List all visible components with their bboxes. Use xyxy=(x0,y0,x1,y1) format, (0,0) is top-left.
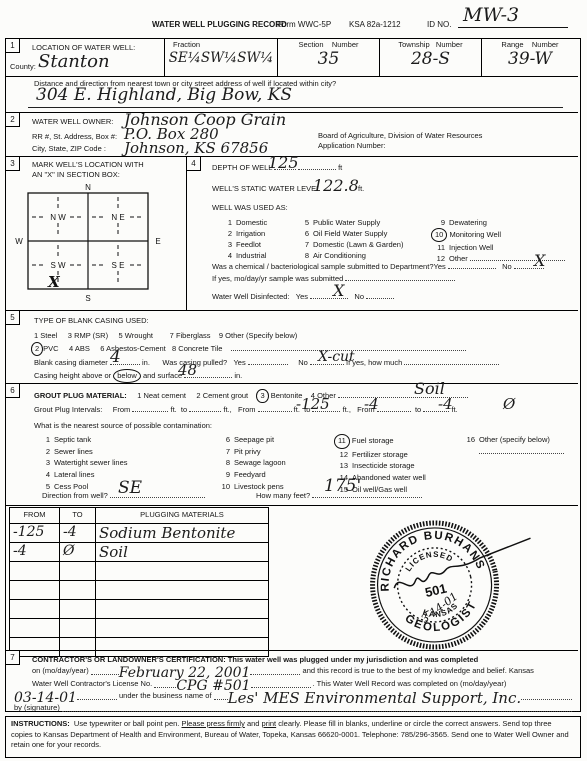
section3-mark-location: 3 MARK WELL'S LOCATION WITH AN "X" IN SE… xyxy=(6,157,187,310)
quadrant-se-label: S E xyxy=(112,261,125,270)
used-as-col2: 5Public Water Supply 6Oil Field Water Su… xyxy=(301,217,403,261)
casing-diameter-line: Blank casing diameter in. Was casing pul… xyxy=(34,357,499,368)
from-header: FROM xyxy=(10,508,60,523)
grout-intervals-line: Grout Plug Intervals: From ft. to ft., F… xyxy=(34,404,458,415)
owner-label: WATER WELL OWNER: xyxy=(32,117,113,126)
section7-certification: 7 CONTRACTOR'S OR LANDOWNER'S CERTIFICAT… xyxy=(6,651,578,712)
section4-number-box: 4 xyxy=(187,157,201,171)
well-location-x-mark: X xyxy=(47,273,61,291)
distance-row: Distance and direction from nearest town… xyxy=(6,77,578,113)
certification-line1: CONTRACTOR'S OR LANDOWNER'S CERTIFICATIO… xyxy=(32,655,478,664)
contamination-label: What is the nearest source of possible c… xyxy=(34,421,212,430)
sample-no-x: X xyxy=(534,251,545,270)
completed-date-value: February 22, 2001 xyxy=(119,669,251,678)
section1-number-box: 1 xyxy=(6,39,20,53)
township-number-label: Number xyxy=(436,40,463,49)
board-line1: Board of Agriculture, Division of Water … xyxy=(318,131,482,140)
static-level-units: ft. xyxy=(358,184,364,193)
section-value: 35 xyxy=(318,49,340,69)
section-box-diagram: N S W E N W N E S W S E X xyxy=(10,183,182,307)
section-cell: Section Number 35 xyxy=(277,39,379,76)
certification-line2: on (mo/day/year) February 22, 2001 and t… xyxy=(32,666,572,675)
range-label: Range xyxy=(501,40,523,49)
owner-address-label: RR #, St. Address, Box #: xyxy=(32,132,117,141)
distance-underline xyxy=(28,107,563,108)
id-no-label: ID NO. xyxy=(427,20,451,30)
materials-header: PLUGGING MATERIALS xyxy=(96,508,268,523)
fraction-cell: Fraction SE¼SW¼SW¼ xyxy=(164,39,277,76)
static-level-value: 122.8 xyxy=(313,176,359,195)
compass-n-label: N xyxy=(85,183,91,192)
township-value: 28-S xyxy=(411,49,450,69)
disinfected-line: Water Well Disinfected: Yes No xyxy=(212,291,394,301)
used-as-col1: 1Domestic 2Irrigation 3Feedlot 4Industri… xyxy=(224,217,267,261)
form-number: Form WWC-5P xyxy=(277,20,331,30)
plugging-table: FROM TO PLUGGING MATERIALS -125 -4 Sodiu… xyxy=(9,507,269,657)
contamination-col1: 1Septic tank 2Sewer lines 3Watertight se… xyxy=(42,434,128,493)
feet-value: 175' xyxy=(324,476,361,496)
casing-diameter-value: 4 xyxy=(110,347,121,367)
circled-fuel-storage: 11 xyxy=(334,434,350,449)
interval2-from-value: -125 xyxy=(296,395,330,413)
range-cell: Range Number 39-W xyxy=(481,39,578,76)
compass-s-label: S xyxy=(85,294,90,303)
certification-line4: 03-14-01 under the business name of Les'… xyxy=(14,691,572,700)
quadrant-sw-label: S W xyxy=(50,261,66,270)
board-line2: Application Number: xyxy=(318,141,386,150)
circled-below-word: below xyxy=(113,369,141,383)
casing-options-row1: 1 Steel 3 RMP (SR) 5 Wrought 7 Fiberglas… xyxy=(34,330,297,341)
section3-title-line1: MARK WELL'S LOCATION WITH xyxy=(32,160,144,169)
depth-units: ft xyxy=(298,162,342,172)
township-label: Township xyxy=(398,40,429,49)
section3-4-row: 3 MARK WELL'S LOCATION WITH AN "X" IN SE… xyxy=(6,157,578,311)
section2-owner: 2 WATER WELL OWNER: Johnson Coop Grain R… xyxy=(6,113,578,157)
distance-value: 304 E. Highland, Big Bow, KS xyxy=(36,85,292,105)
fraction-value: SE¼SW¼SW¼ xyxy=(169,50,274,66)
section5-title: TYPE OF BLANK CASING USED: xyxy=(34,316,149,325)
record-completed-date-value: 03-14-01 xyxy=(14,694,77,703)
circled-bentonite: 3 xyxy=(256,389,268,403)
to-header: TO xyxy=(60,508,96,523)
used-as-label: WELL WAS USED AS: xyxy=(212,203,288,212)
instructions-text: INSTRUCTIONS: Use typewriter or ball poi… xyxy=(11,719,575,751)
quadrant-ne-label: N E xyxy=(111,213,124,222)
id-no-value: MW-3 xyxy=(463,4,519,26)
plugging-table-header: FROM TO PLUGGING MATERIALS xyxy=(10,508,268,524)
county-value: Stanton xyxy=(38,51,110,72)
depth-value: 125 xyxy=(268,153,299,172)
table-row xyxy=(10,562,268,581)
casing-height-value: 48 xyxy=(178,361,197,379)
section3-title-line2: AN "X" IN SECTION BOX: xyxy=(32,170,120,179)
circled-pvc: 2 xyxy=(31,342,43,356)
contamination-col2: 6Seepage pit 7Pit privy 8Sewage lagoon 9… xyxy=(218,434,286,493)
owner-city-value: Johnson, KS 67856 xyxy=(124,139,268,157)
county-label: County: xyxy=(10,62,36,71)
casing-pulled-no-value: X-cut xyxy=(318,349,355,365)
circled-monitoring-well: 10 xyxy=(431,228,447,242)
range-number-label: Number xyxy=(532,40,559,49)
seal-graphic: RICHARD BURHANS GEOLOGIST LICENSED KANSA… xyxy=(353,493,559,666)
section6-number-box: 6 xyxy=(6,384,20,398)
section5-casing: 5 TYPE OF BLANK CASING USED: 1 Steel 3 R… xyxy=(6,311,578,384)
section2-number-box: 2 xyxy=(6,113,20,127)
section1-location: 1 LOCATION OF WATER WELL: County: Stanto… xyxy=(6,39,578,77)
sample-question: Was a chemical / bacteriological sample … xyxy=(212,261,544,271)
compass-w-label: W xyxy=(15,237,23,246)
section5-number-box: 5 xyxy=(6,311,20,325)
scanned-form-page: WATER WELL PLUGGING RECORD Form WWC-5P K… xyxy=(0,0,587,761)
quadrant-nw-label: N W xyxy=(50,213,66,222)
compass-e-label: E xyxy=(155,237,160,246)
contamination-col4: 16Other (specify below) xyxy=(461,434,564,457)
plugging-row: FROM TO PLUGGING MATERIALS -125 -4 Sodiu… xyxy=(6,506,578,651)
table-row xyxy=(10,619,268,638)
interval3-from-value: -4 xyxy=(438,395,453,413)
interval2-to-value: -4 xyxy=(364,395,379,413)
fraction-label: Fraction xyxy=(165,40,277,49)
casing-height-line: Casing height above or below and surface… xyxy=(34,369,242,383)
form-title: WATER WELL PLUGGING RECORD xyxy=(152,20,287,30)
table-row xyxy=(10,581,268,600)
interval3-to-value: Ø xyxy=(503,395,515,413)
grout-material-line: GROUT PLUG MATERIAL: 1 Neat cement 2 Cem… xyxy=(34,389,468,403)
section6-grout: 6 GROUT PLUG MATERIAL: 1 Neat cement 2 C… xyxy=(6,384,578,506)
section-label: Section xyxy=(298,40,323,49)
certification-signature-line: by (signature) xyxy=(14,703,572,712)
table-row: -4 Ø Soil xyxy=(10,543,268,562)
casing-options-row2: 2PVC 4 ABS 6 Asbestos-Cement 8 Concrete … xyxy=(31,342,466,356)
certification-line3: Water Well Contractor's License No. CPG … xyxy=(32,679,572,688)
township-cell: Township Number 28-S xyxy=(379,39,481,76)
form-main-box: 1 LOCATION OF WATER WELL: County: Stanto… xyxy=(5,38,581,712)
section3-number-box: 3 xyxy=(6,157,20,171)
table-row xyxy=(10,600,268,619)
instructions-box: INSTRUCTIONS: Use typewriter or ball poi… xyxy=(5,716,581,758)
range-value: 39-W xyxy=(508,49,552,69)
section7-number-box: 7 xyxy=(6,651,20,665)
static-level-label: WELL'S STATIC WATER LEVEL xyxy=(212,184,320,193)
section-number-label: Number xyxy=(332,40,359,49)
disinfected-no-x: X xyxy=(333,281,344,300)
table-row: -125 -4 Sodium Bentonite xyxy=(10,524,268,543)
id-no-underline xyxy=(458,27,568,28)
owner-city-label: City, State, ZIP Code : xyxy=(32,144,106,153)
business-name-value: Les' MES Environmental Support, Inc. xyxy=(228,694,521,703)
direction-value: SE xyxy=(118,478,142,498)
geologist-seal: RICHARD BURHANS GEOLOGIST LICENSED KANSA… xyxy=(353,493,559,666)
ksa-number: KSA 82a-1212 xyxy=(349,20,401,30)
